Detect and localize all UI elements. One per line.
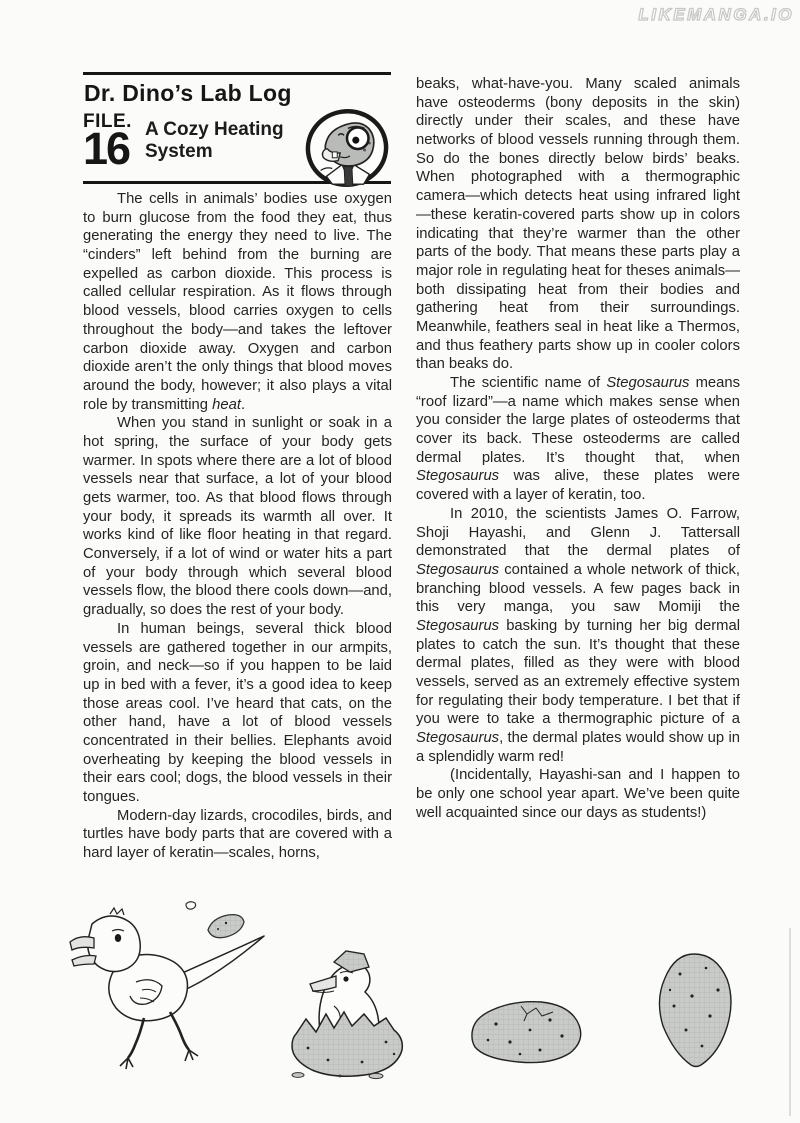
lab-log-header: Dr. Dino’s Lab Log FILE. 16 A Cozy Heati… — [83, 72, 391, 184]
paragraph: beaks, what-have-you. Many scaled animal… — [416, 75, 740, 374]
body-text: The scientific name of — [450, 375, 606, 391]
hatching-dinosaur-chick-icon — [276, 942, 418, 1084]
body-text: . — [241, 397, 245, 413]
body-text: In 2010, the scientists James O. Farrow,… — [416, 506, 740, 559]
body-text: The cells in animals’ bodies use oxygen … — [83, 191, 392, 413]
speckled-egg-lying-icon — [466, 992, 588, 1072]
italic-text: heat — [212, 397, 241, 413]
baby-dinosaur-hatchling-icon — [58, 898, 270, 1084]
paragraph: When you stand in sunlight or soak in a … — [83, 414, 392, 620]
body-text: When you stand in sunlight or soak in a … — [83, 415, 392, 618]
file-number: 16 — [83, 131, 145, 168]
page-title: Dr. Dino’s Lab Log — [84, 80, 391, 107]
paragraph: In 2010, the scientists James O. Farrow,… — [416, 505, 740, 767]
italic-text: Stegosaurus — [416, 468, 499, 484]
italic-text: Stegosaurus — [416, 730, 499, 746]
paragraph: In human beings, several thick blood ves… — [83, 620, 392, 807]
paragraph: The cells in animals’ bodies use oxygen … — [83, 190, 392, 414]
body-text: beaks, what-have-you. Many scaled animal… — [416, 76, 740, 372]
chapter-subtitle-line2: System — [145, 141, 284, 163]
paragraph: The scientific name of Stegosaurus means… — [416, 374, 740, 505]
italic-text: Stegosaurus — [416, 618, 499, 634]
italic-text: Stegosaurus — [416, 562, 499, 578]
paragraph: Modern-day lizards, crocodiles, birds, a… — [83, 807, 392, 863]
body-text: In human beings, several thick blood ves… — [83, 621, 392, 805]
file-block: FILE. 16 — [83, 112, 145, 168]
right-text-column: beaks, what-have-you. Many scaled animal… — [416, 75, 740, 823]
body-text: (Incidentally, Hayashi-san and I happen … — [416, 767, 740, 820]
paragraph: (Incidentally, Hayashi-san and I happen … — [416, 766, 740, 822]
speckled-egg-upright-icon — [652, 950, 738, 1074]
watermark: LIKEMANGA.IO — [638, 5, 794, 25]
italic-text: Stegosaurus — [606, 375, 689, 391]
dr-dino-mascot-icon — [303, 105, 391, 191]
page-edge-shadow — [789, 928, 791, 1116]
body-text: basking by turning her big dermal plates… — [416, 618, 740, 727]
body-text: Modern-day lizards, crocodiles, birds, a… — [83, 808, 392, 861]
chapter-subtitle-line1: A Cozy Heating — [145, 119, 284, 141]
chapter-subtitle: A Cozy Heating System — [145, 119, 284, 168]
left-text-column: The cells in animals’ bodies use oxygen … — [83, 190, 392, 863]
manga-page: LIKEMANGA.IO Dr. Dino’s Lab Log FILE. 16… — [0, 0, 800, 1123]
